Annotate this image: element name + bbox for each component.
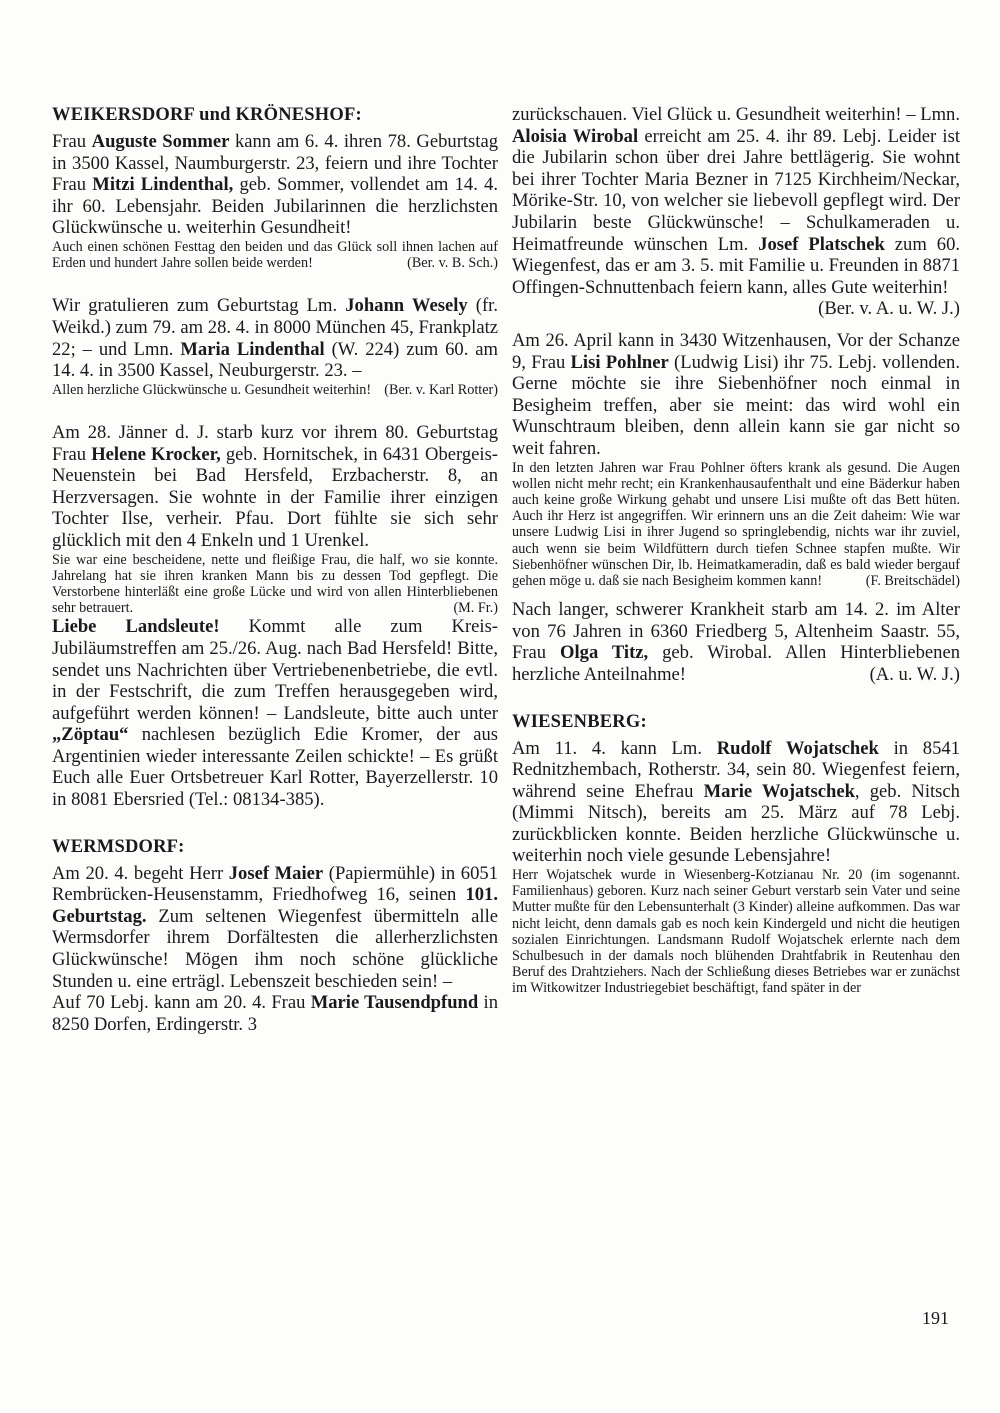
article-wesely: Wir gratulieren zum Geburtstag Lm. Johan… <box>52 295 498 381</box>
section-heading-wiesenberg: WIESENBERG: <box>512 710 960 734</box>
article-wojatschek: Am 11. 4. kann Lm. Rudolf Wojatschek in … <box>512 738 960 868</box>
signature: (M. Fr.) <box>453 600 498 616</box>
article-landsleute: Liebe Landsleute! Kommt alle zum Kreis-J… <box>52 616 498 810</box>
signature: (Ber. v. A. u. W. J.) <box>818 298 960 320</box>
signature: (Ber. v. Karl Rotter) <box>384 382 498 398</box>
page-number: 191 <box>922 1308 949 1329</box>
article-sommer: Frau Auguste Sommer kann am 6. 4. ihren … <box>52 131 498 239</box>
note-wojatschek: Herr Wojatschek wurde in Wiesenberg-Kotz… <box>512 867 960 997</box>
section-heading-weikersdorf: WEIKERSDORF und KRÖNESHOF: <box>52 103 498 127</box>
article-pohlner: Am 26. April kann in 3430 Witzenhausen, … <box>512 330 960 460</box>
right-column: zurückschauen. Viel Glück u. Gesundheit … <box>512 104 960 997</box>
note-pohlner: In den letzten Jahren war Frau Pohlner ö… <box>512 460 960 590</box>
signature: (A. u. W. J.) <box>870 664 960 686</box>
note-sommer: Auch einen schönen Festtag den beiden un… <box>52 239 498 271</box>
article-tausendpfund: Auf 70 Lebj. kann am 20. 4. Frau Marie T… <box>52 992 498 1035</box>
note-wesely: Allen herzliche Glückwünsche u. Gesundhe… <box>52 382 498 398</box>
article-maier: Am 20. 4. begeht Herr Josef Maier (Papie… <box>52 863 498 993</box>
note-krocker: Sie war eine bescheidene, nette und flei… <box>52 552 498 617</box>
signature: (F. Breitschädel) <box>866 573 960 589</box>
section-heading-wermsdorf: WERMSDORF: <box>52 835 498 859</box>
article-titz: Nach langer, schwerer Krankheit starb am… <box>512 599 960 685</box>
signature: (Ber. v. B. Sch.) <box>407 255 498 271</box>
left-column: WEIKERSDORF und KRÖNESHOF: Frau Auguste … <box>52 103 498 1035</box>
article-wirobal-platschek: zurückschauen. Viel Glück u. Gesundheit … <box>512 104 960 320</box>
article-krocker: Am 28. Jänner d. J. starb kurz vor ihrem… <box>52 422 498 552</box>
